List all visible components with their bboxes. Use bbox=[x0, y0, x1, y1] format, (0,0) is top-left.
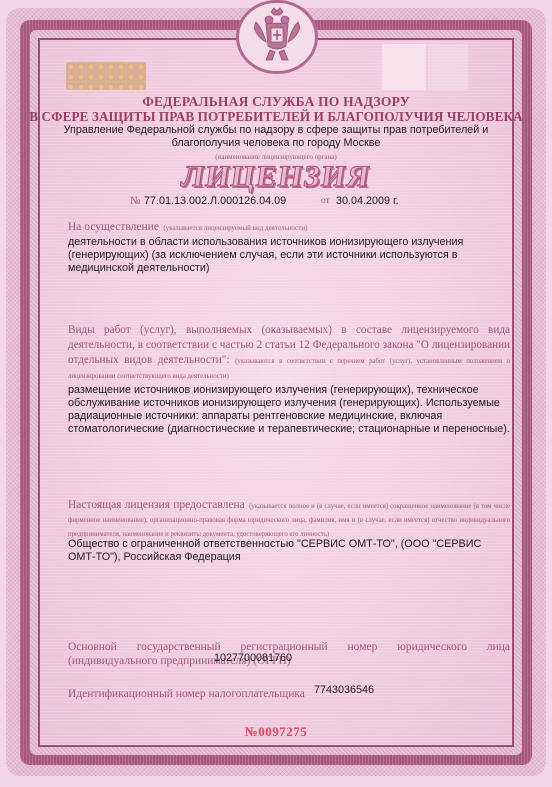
activity-hint: (указывается лицензируемый вид деятельно… bbox=[163, 224, 307, 232]
inn-label: Идентификационный номер налогоплательщик… bbox=[68, 688, 305, 700]
activity-section: На осуществление (указывается лицензируе… bbox=[68, 217, 508, 275]
department-line1: Управление Федеральной службы по надзору… bbox=[0, 124, 552, 137]
license-number: 77.01.13.002.Л.000126.04.09 bbox=[144, 195, 286, 207]
document-title: ЛИЦЕНЗИЯ bbox=[0, 160, 552, 194]
activity-label: На осуществление bbox=[68, 221, 159, 233]
department-line2: благополучия человека по городу Москве bbox=[0, 137, 552, 150]
inn-section: Идентификационный номер налогоплательщик… bbox=[68, 684, 510, 702]
activity-text: деятельности в области использования ист… bbox=[68, 236, 508, 275]
works-text: размещение источников ионизирующего излу… bbox=[68, 384, 510, 436]
form-serial-number: №0097275 bbox=[0, 724, 552, 740]
blank-patch bbox=[382, 44, 426, 90]
holder-section: Настоящая лицензия предоставлена (указыв… bbox=[68, 498, 510, 564]
ogrn-section: Основной государственный регистрационный… bbox=[68, 640, 510, 668]
agency-title-line2: В СФЕРЕ ЗАЩИТЫ ПРАВ ПОТРЕБИТЕЛЕЙ И БЛАГО… bbox=[0, 109, 552, 125]
agency-title-line1: ФЕДЕРАЛЬНАЯ СЛУЖБА ПО НАДЗОРУ bbox=[0, 94, 552, 110]
hologram-sticker-icon bbox=[66, 62, 146, 90]
date-label: от bbox=[321, 196, 330, 206]
blank-patch bbox=[428, 44, 468, 90]
inn-value: 7743036546 bbox=[314, 684, 374, 696]
double-headed-eagle-emblem-icon bbox=[252, 6, 302, 68]
number-label: № bbox=[130, 195, 141, 207]
works-section: Виды работ (услуг), выполняемых (оказыва… bbox=[68, 323, 510, 436]
license-document: ФЕДЕРАЛЬНАЯ СЛУЖБА ПО НАДЗОРУ В СФЕРЕ ЗА… bbox=[0, 0, 552, 787]
license-date: 30.04.2009 г. bbox=[336, 195, 399, 207]
ogrn-value: 1027700081760 bbox=[214, 652, 292, 664]
holder-text: Общество с ограниченной ответственностью… bbox=[68, 538, 510, 564]
holder-label: Настоящая лицензия предоставлена bbox=[68, 499, 245, 511]
department-name: Управление Федеральной службы по надзору… bbox=[0, 124, 552, 150]
